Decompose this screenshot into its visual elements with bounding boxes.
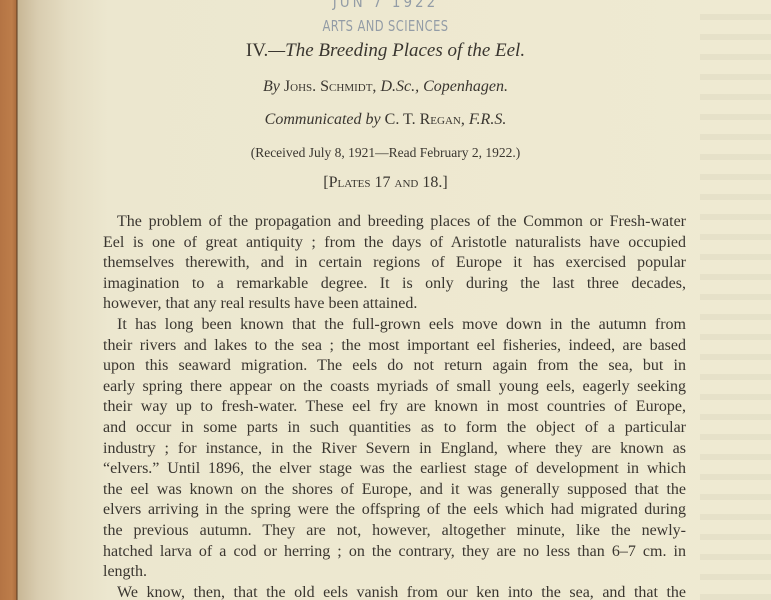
title-dash: — [268,40,285,61]
communicator-title: F.R.S. [469,111,506,128]
text-line: their way up to fresh-water. These eel f… [89,397,686,418]
text-line: “elvers.” Until 1896, the elver stage wa… [89,459,686,480]
communicator-name: C. T. Regan, [385,111,465,128]
byline: By Johs. Schmidt, D.Sc., Copenhagen. [0,78,771,96]
text-line: their rivers and lakes to the sea ; the … [89,336,686,357]
body-text: The problem of the propagation and breed… [103,212,686,600]
section-number: IV. [246,40,268,61]
received-dates: (Received July 8, 1921—Read February 2, … [0,145,771,161]
paragraph-1: The problem of the propagation and breed… [103,212,686,315]
text-line: and occur in some parts in such quantiti… [89,418,686,439]
author-name: Johs. Schmidt, [284,78,377,95]
plates-reference: [Plates 17 and 18.] [0,174,771,192]
text-line: the previous autumn. They are not, howev… [89,521,686,542]
text-line: length. [89,562,686,583]
text-line: imagination to a remarkable degree. It i… [89,274,686,295]
text-line: industry ; for instance, in the River Se… [89,439,686,460]
text-line: hatched larva of a cod or herring ; on t… [89,542,686,563]
library-stamp-org: ARTS AND SCIENCES [58,17,713,35]
communicated-line: Communicated by C. T. Regan, F.R.S. [0,111,771,129]
paper-title: IV.—The Breeding Places of the Eel. [0,40,771,62]
author-place: Copenhagen. [423,78,508,95]
text-line: upon this seaward migration. The eels do… [89,356,686,377]
byline-by: By [263,78,280,95]
paragraph-2: It has long been known that the full-gro… [103,315,686,583]
text-line: Eel is one of great antiquity ; from the… [89,233,686,254]
paragraph-3: We know, then, that the old eels vanish … [103,583,686,600]
author-degree: D.Sc., [380,78,419,95]
text-line: themselves therewith, and in certain reg… [89,253,686,274]
plates-label: Plates 17 and 18. [329,174,443,191]
text-line: however, that any real results have been… [89,294,686,315]
text-line: early spring there appear on the coasts … [89,377,686,398]
communicated-label: Communicated by [265,111,381,128]
bracket-close: ] [442,174,447,191]
title-text: The Breeding Places of the Eel. [285,40,525,61]
library-stamp-date: JUN 7 1922 [0,0,771,11]
text-line: elvers arriving in the spring were the o… [89,500,686,521]
text-line: We know, then, that the old eels vanish … [103,583,686,600]
text-line: It has long been known that the full-gro… [103,315,686,336]
text-line: The problem of the propagation and breed… [103,212,686,233]
text-line: the eel was known on the shores of Europ… [89,480,686,501]
